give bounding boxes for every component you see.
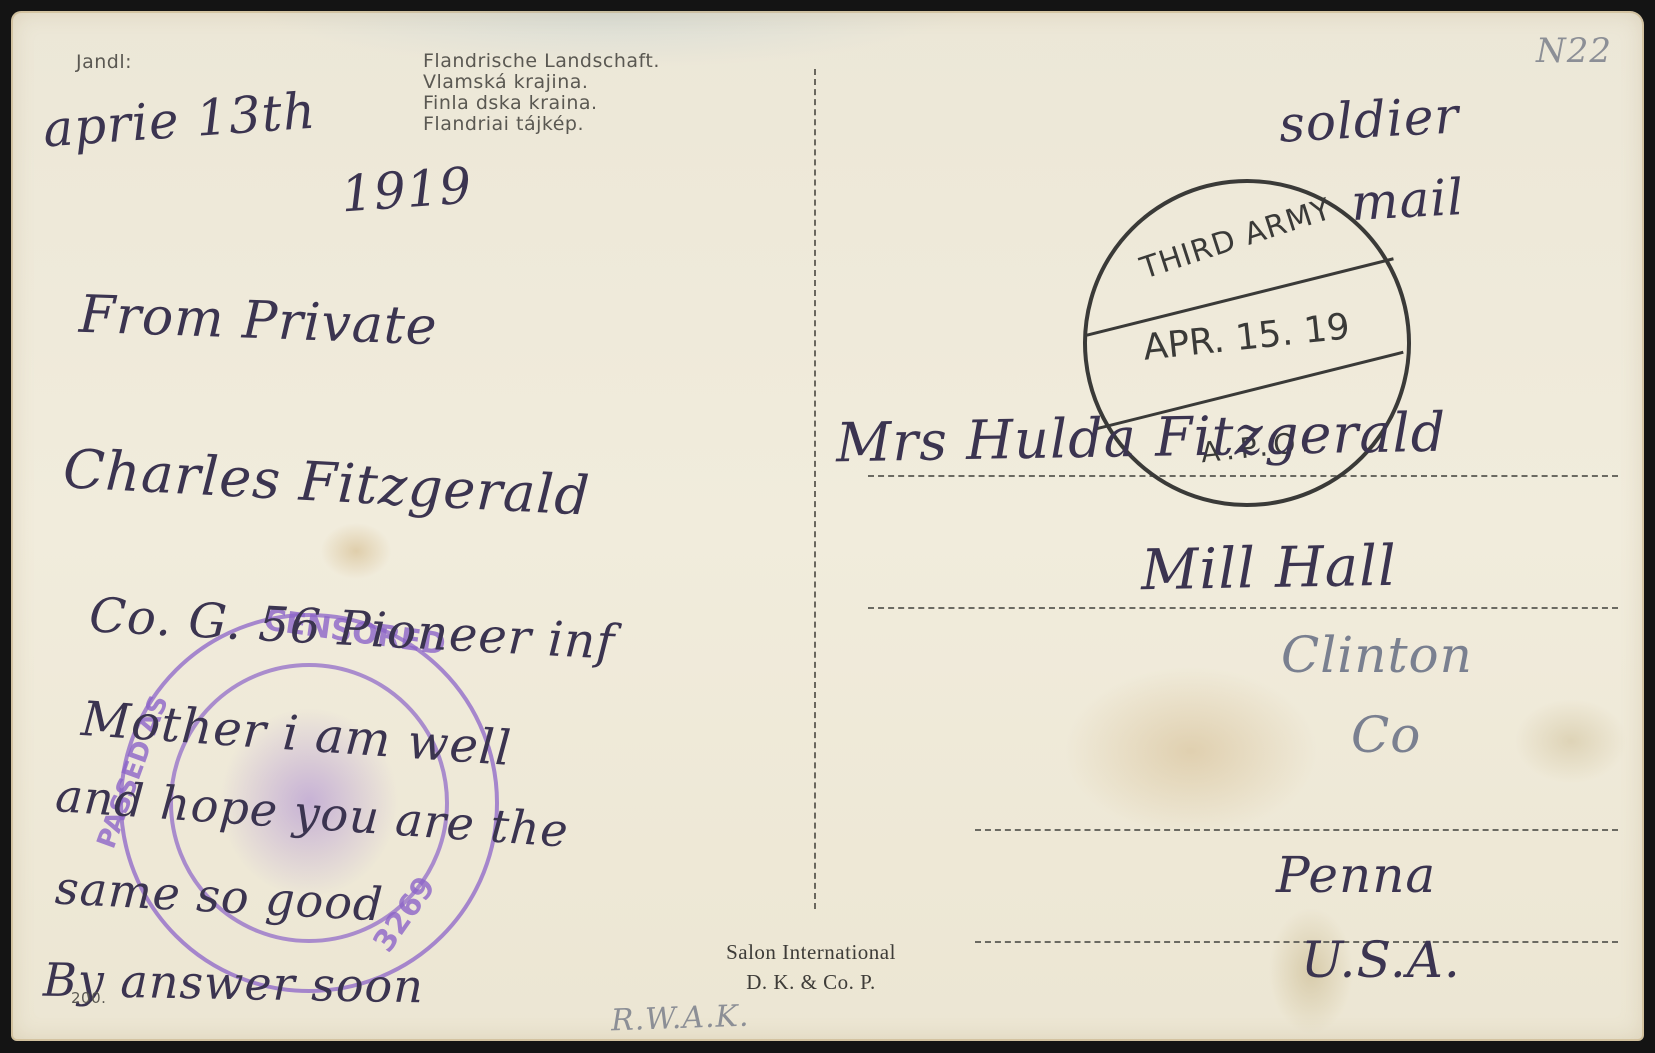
soldier-mail-line-2: mail xyxy=(1350,168,1466,232)
title-hungarian: Flandriai tájkép. xyxy=(423,114,660,135)
message-line-2: Charles Fitzgerald xyxy=(62,437,592,528)
soldier-mail-line-1: soldier xyxy=(1278,86,1461,153)
message-line-1: From Private xyxy=(78,285,438,357)
title-polish: Finla dska kraina. xyxy=(423,93,660,114)
artist-credit: Jandl: xyxy=(76,51,132,73)
publisher-imprint: Salon International D. K. & Co. P. xyxy=(671,937,951,997)
publisher-code: D. K. & Co. P. xyxy=(671,967,951,997)
handwritten-year: 1919 xyxy=(339,156,474,223)
address-recipient: Mrs Hulda Fitzgerald xyxy=(835,401,1446,475)
title-german: Flandrische Landschaft. xyxy=(423,51,660,72)
publisher-name: Salon International xyxy=(671,937,951,967)
postmark-date: APR. 15. 19 xyxy=(1115,304,1378,372)
address-town: Mill Hall xyxy=(1140,534,1397,603)
address-line-4 xyxy=(975,941,1618,943)
address-state: Penna xyxy=(1276,846,1436,904)
address-county-abbrev: Co xyxy=(1351,706,1421,764)
postmark-army: THIRD ARMY xyxy=(1126,188,1346,289)
card-title-block: Flandrische Landschaft. Vlamská krajina.… xyxy=(423,51,660,135)
handwritten-date: aprie 13th xyxy=(41,82,318,159)
address-country: U.S.A. xyxy=(1301,931,1461,989)
center-divider xyxy=(814,69,816,909)
pencil-note-bottom: R.W.A.K. xyxy=(610,999,750,1039)
catalog-number: 200. xyxy=(71,989,106,1007)
postcard-back: Jandl: Flandrische Landschaft. Vlamská k… xyxy=(11,11,1644,1041)
address-line-2 xyxy=(868,607,1618,609)
pencil-note-top-right: N22 xyxy=(1536,31,1612,71)
title-czech: Vlamská krajina. xyxy=(423,72,660,93)
address-line-3 xyxy=(975,829,1618,831)
address-county: Clinton xyxy=(1281,626,1473,684)
